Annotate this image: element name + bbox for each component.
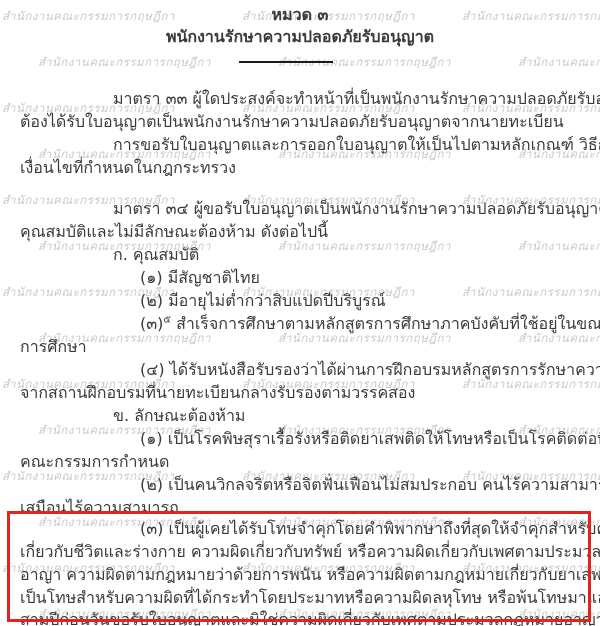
text-line: การขอรับใบอนุญาตและการออกใบอนุญาตให้เป็น… <box>113 134 600 156</box>
watermark-text: สำนักงานคณะกรรมการกฤษฎีกา <box>462 284 600 302</box>
text-line: มาตรา ๓๔ ผู้ขอรับใบอนุญาตเป็นพนักงานรักษ… <box>113 198 600 220</box>
text-line: เป็นโทษสำหรับความผิดที่ได้กระทำโดยประมาท… <box>20 587 600 609</box>
item-text: สำเร็จการศึกษาตามหลักสูตรการศึกษาภาคบังค… <box>171 314 600 333</box>
text-line: (๓)๕ สำเร็จการศึกษาตามหลักสูตรการศึกษาภา… <box>140 313 600 335</box>
footnote-marker: ๕ <box>163 315 171 326</box>
text-line: (๓) เป็นผู้เคยได้รับโทษจำคุกโดยคำพิพากษา… <box>140 518 600 540</box>
title-divider-rule <box>239 61 333 63</box>
text-line: การศึกษา <box>20 336 87 358</box>
text-line: อาญา ความผิดตามกฎหมายว่าด้วยการพนัน หรือ… <box>20 564 600 586</box>
text-line: เงื่อนไขที่กำหนดในกฎกระทรวง <box>20 157 236 179</box>
document-page: สำนักงานคณะกรรมการกฤษฎีกาสำนักงานคณะกรรม… <box>0 0 600 626</box>
watermark-text: สำนักงานคณะกรรมการกฤษฎีกา <box>278 54 451 72</box>
watermark-text: สำนักงานคณะกรรมการกฤษฎีกา <box>518 238 600 256</box>
item-number: (๓) <box>140 314 163 333</box>
watermark-text: สำนักงานคณะกรรมการกฤษฎีกา <box>38 54 211 72</box>
section-a-heading: ก. คุณสมบัติ <box>113 244 199 266</box>
text-line: คุณสมบัติและไม่มีลักษณะต้องห้าม ดังต่อไป… <box>20 221 328 243</box>
text-line: (๑) มีสัญชาติไทย <box>140 267 260 289</box>
chapter-heading: หมวด ๓ <box>0 4 600 26</box>
text-line: คณะกรรมการกำหนด <box>20 451 169 473</box>
text-line: (๔) ได้รับหนังสือรับรองว่าได้ผ่านการฝึกอ… <box>140 359 600 381</box>
text-line: ต้องได้รับใบอนุญาตเป็นพนักงานรักษาความปล… <box>20 111 564 133</box>
text-line: (๑) เป็นโรคพิษสุราเรื้อรังหรือติดยาเสพติ… <box>140 428 600 450</box>
text-line: เกี่ยวกับชีวิตและร่างกาย ความผิดเกี่ยวกั… <box>20 541 600 563</box>
text-line: (๒) เป็นคนวิกลจริตหรือจิตฟั่นเฟือนไม่สมป… <box>140 474 600 496</box>
watermark-text: สำนักงานคณะกรรมการกฤษฎีกา <box>518 54 600 72</box>
text-line: มาตรา ๓๓ ผู้ใดประสงค์จะทำหน้าที่เป็นพนัก… <box>113 88 600 110</box>
text-line: เสมือนไร้ความสามารถ <box>20 497 179 519</box>
page-title: พนักงานรักษาความปลอดภัยรับอนุญาต <box>0 26 600 48</box>
text-line: สามปีก่อนวันขอรับใบอนุญาตและมิใช่ความผิด… <box>20 609 600 626</box>
text-line: จากสถานฝึกอบรมที่นายทะเบียนกลางรับรองตาม… <box>20 382 415 404</box>
text-line: (๒) มีอายุไม่ต่ำกว่าสิบแปดปีบริบูรณ์ <box>140 290 386 312</box>
section-b-heading: ข. ลักษณะต้องห้าม <box>113 405 245 427</box>
